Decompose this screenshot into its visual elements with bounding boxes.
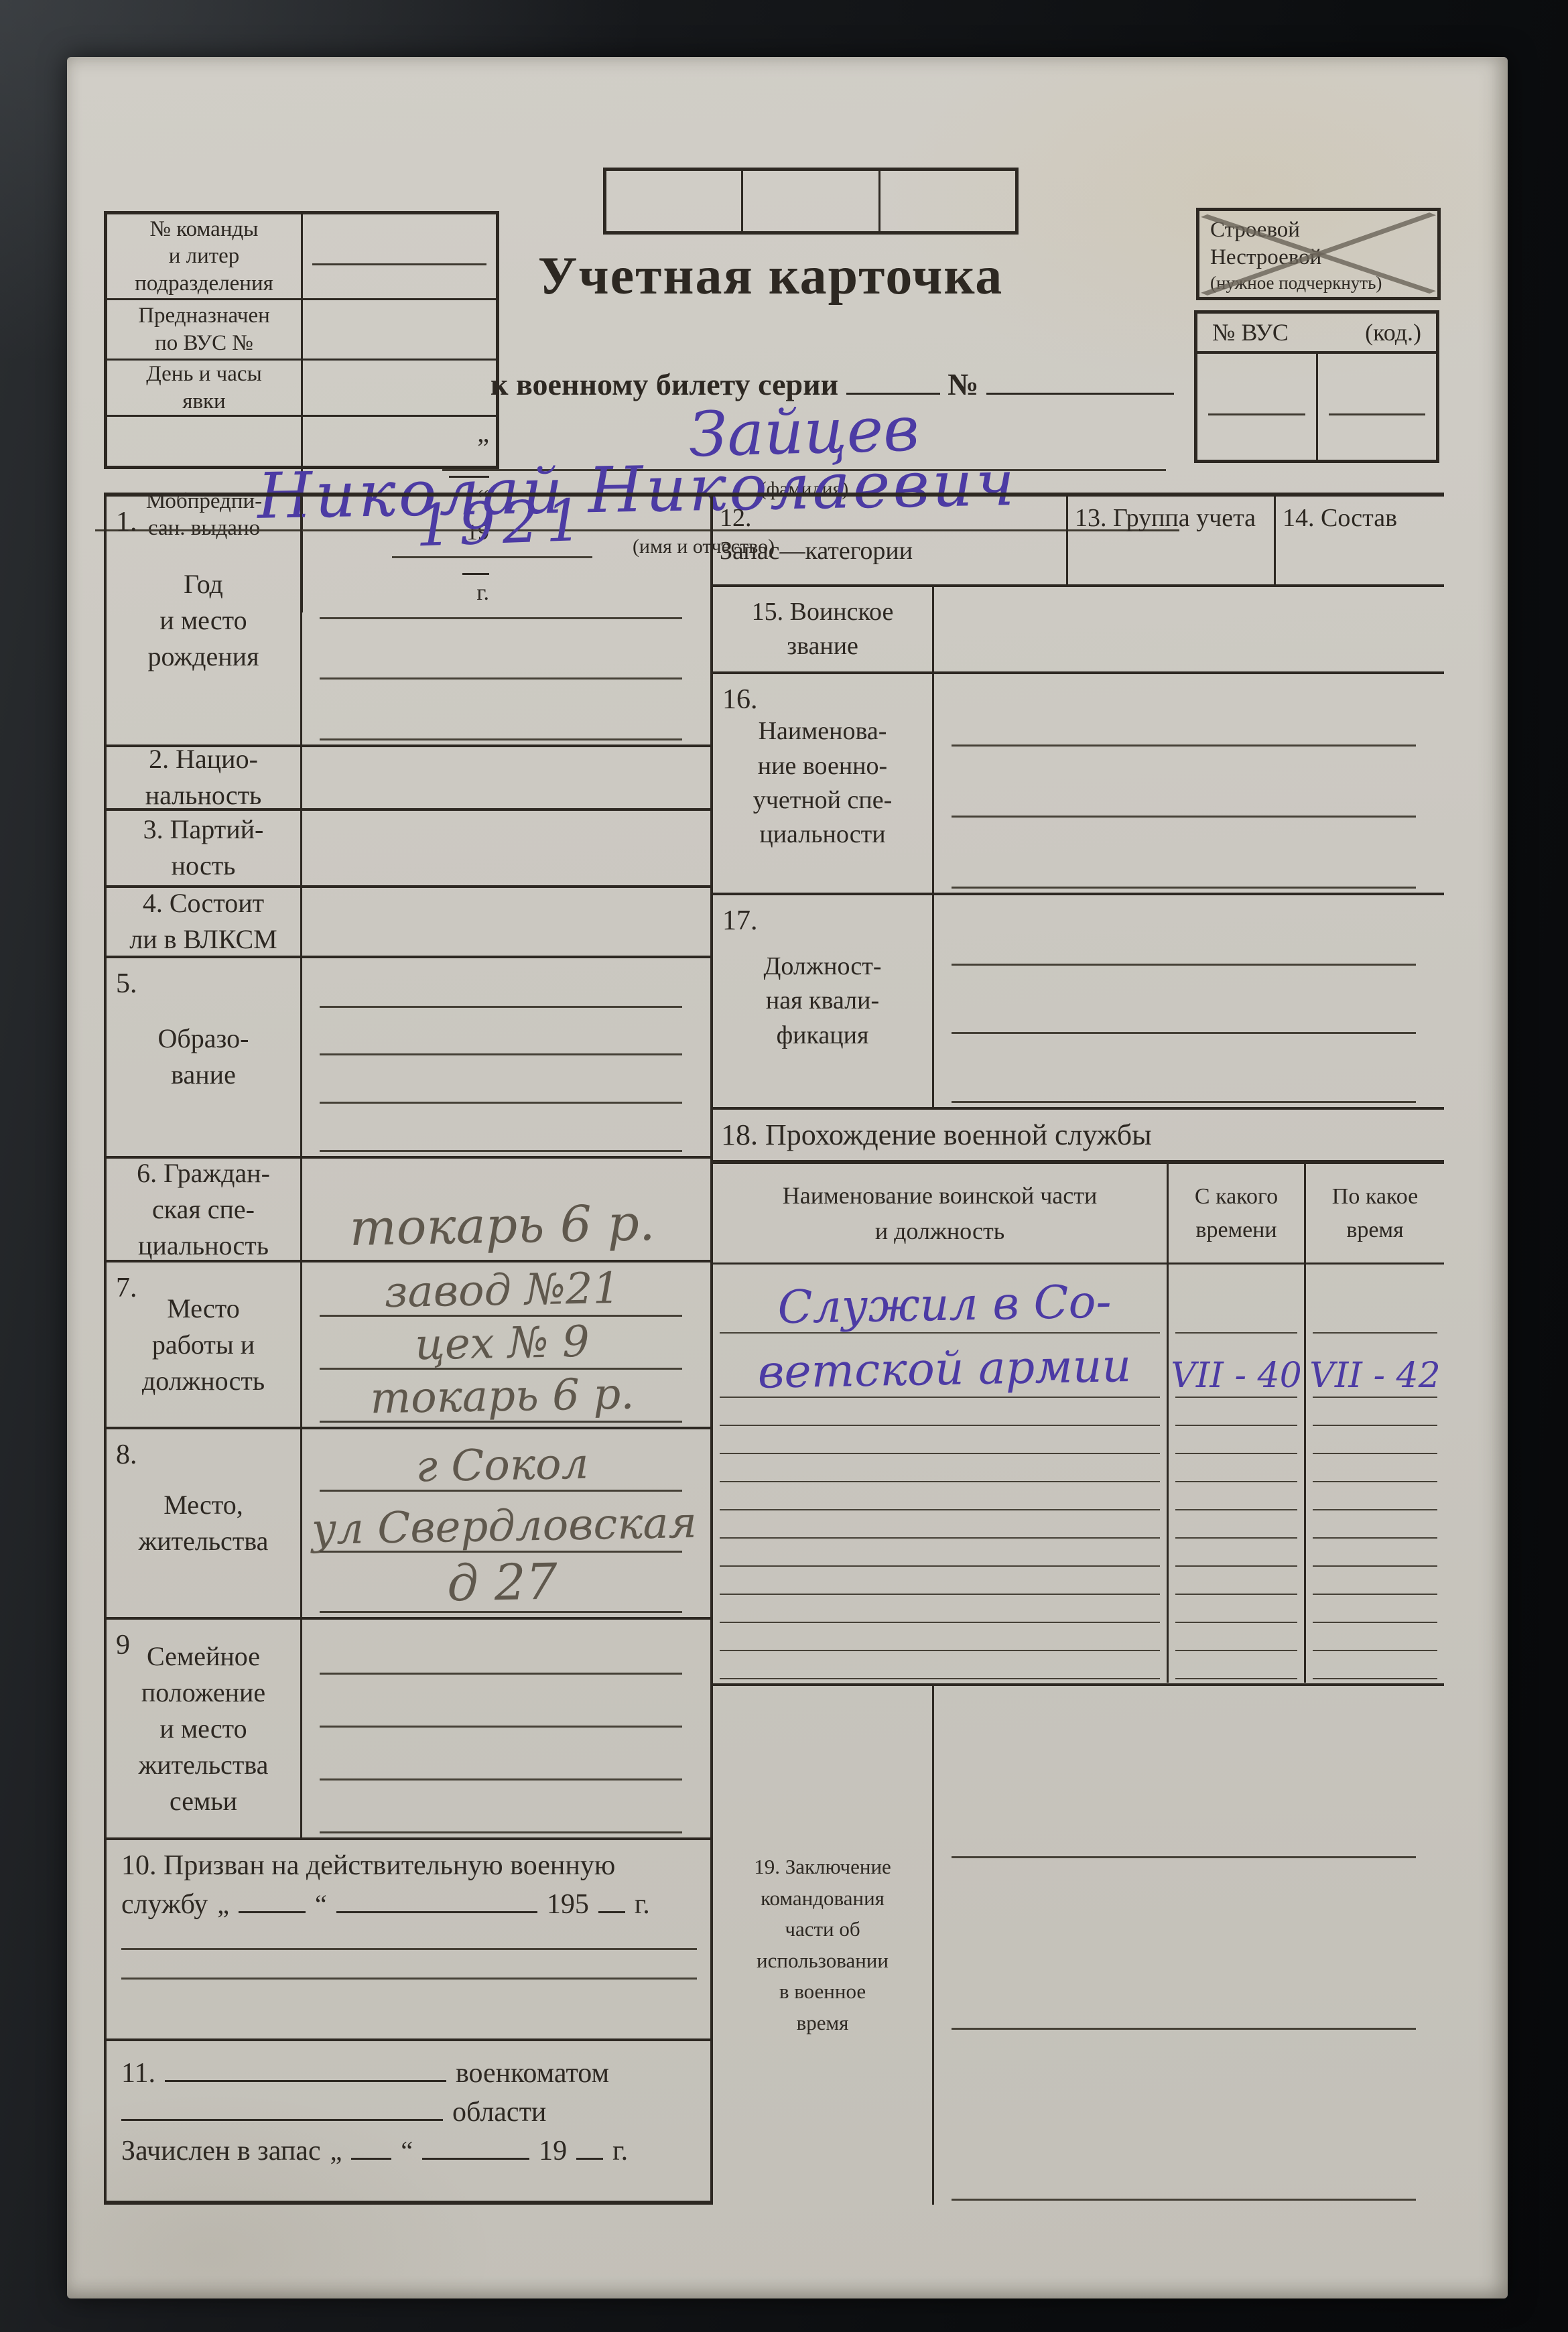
- section-number: 8.: [116, 1436, 137, 1474]
- section-11-commissariat: 11. военкоматом области Зачислен в запас…: [107, 2041, 710, 2205]
- table-cell: [713, 1401, 1169, 1429]
- service-table-empty-row: [713, 1429, 1444, 1457]
- section-value: [934, 895, 1444, 1107]
- left-column: 1. Год и место рождения 1921: [104, 493, 710, 2205]
- table-cell: [1306, 1486, 1444, 1514]
- section-13-group: 13. Группа учета: [1068, 497, 1276, 584]
- section-10-drafted: 10. Призван на действительную военную сл…: [107, 1840, 710, 2040]
- ruled-line: [312, 1011, 693, 1059]
- vus-cell: [1318, 354, 1437, 460]
- workshop-handwriting: цех № 9: [311, 1315, 693, 1372]
- vus-code-box: № ВУС (код.): [1194, 310, 1439, 463]
- table-cell: [1169, 1429, 1306, 1457]
- section-value: [934, 674, 1444, 893]
- label-line: рождения: [148, 639, 259, 675]
- position-handwriting: токарь 6 р.: [311, 1368, 693, 1425]
- ruled-line: [943, 899, 1427, 968]
- section-3-party: 3. Партий- ность: [107, 811, 710, 888]
- label-line: Предназначен: [138, 302, 270, 329]
- section-label: 4. Состоит ли в ВЛКСМ: [107, 888, 302, 956]
- ruled-line: [312, 1730, 693, 1783]
- table-cell: [1306, 1626, 1444, 1655]
- label-line: жительства: [139, 1523, 269, 1559]
- service-word: службу: [121, 1888, 208, 1921]
- ruled-line: [943, 2032, 1427, 2204]
- section-value: [934, 587, 1444, 671]
- table-cell: [1169, 1626, 1306, 1655]
- blank-row: [121, 1957, 697, 1980]
- label-line: и место: [159, 602, 247, 639]
- section-label: 1. Год и место рождения: [107, 497, 302, 744]
- label-line: 15. Воинское: [752, 595, 894, 629]
- ruled-line: [312, 561, 693, 621]
- section-label: 16. Наименова- ние военно- учетной спе- …: [713, 674, 934, 893]
- section-5-education: 5. Образо- вание: [107, 958, 710, 1159]
- header-line: По какое: [1332, 1180, 1418, 1213]
- table-cell: [1169, 1598, 1306, 1626]
- ruled-line: [312, 962, 693, 1011]
- ruled-line: [943, 749, 1427, 820]
- service-table: Наименование воинской части и должность …: [713, 1160, 1444, 1686]
- registration-card: № команды и литер подразделения Предназн…: [67, 57, 1508, 2298]
- table-cell: [713, 1486, 1169, 1514]
- vus-cell: [1197, 354, 1318, 460]
- drafted-date-row: службу „ “ 195 г.: [121, 1888, 697, 1921]
- table-cell: [1306, 1570, 1444, 1598]
- section-value: г Сокол ул Свердловская д 27: [302, 1429, 710, 1617]
- label-line: циальность: [138, 1228, 269, 1264]
- drafted-text: 10. Призван на действительную военную: [121, 1850, 697, 1882]
- column-header-unit: Наименование воинской части и должность: [713, 1164, 1169, 1262]
- label-line: жительства: [139, 1747, 269, 1783]
- vus-code-label: (код.): [1365, 318, 1421, 346]
- ruled-line: завод №21: [312, 1267, 693, 1319]
- table-cell: VII - 40: [1169, 1337, 1306, 1401]
- index-box: [603, 168, 1019, 235]
- section-label: 17. Должност- ная квали- фикация: [713, 895, 934, 1107]
- label-line: 19. Заключение: [754, 1852, 891, 1883]
- section-17-qualification: 17. Должност- ная квали- фикация: [713, 895, 1444, 1110]
- table-cell: [1169, 1655, 1306, 1683]
- label-line: циальности: [759, 818, 885, 852]
- reserve-row: Зачислен в запас „ “ 19 г.: [121, 2135, 697, 2167]
- birth-year-handwriting: 1921: [310, 484, 694, 564]
- table-cell: [1169, 1457, 1306, 1486]
- label-line: вание: [171, 1057, 236, 1093]
- label-line: 4. Состоит: [143, 885, 264, 921]
- label-line: Год: [184, 566, 223, 602]
- info-row-label: № команды и литер подразделения: [107, 214, 303, 298]
- table-cell: [1169, 1570, 1306, 1598]
- label-line: Должност-: [763, 950, 881, 984]
- ruled-line: [312, 622, 693, 682]
- service-to-date: VII - 42: [1306, 1356, 1444, 1396]
- service-table-empty-row: [713, 1542, 1444, 1570]
- table-cell: [713, 1655, 1169, 1683]
- table-cell: Служил в Со-: [713, 1265, 1169, 1337]
- label-line: ная квали-: [766, 984, 879, 1018]
- service-entry-row: ветской армии VII - 40 VII - 42: [713, 1337, 1444, 1401]
- section-value: завод №21 цех № 9 токарь 6 р.: [302, 1262, 710, 1427]
- table-cell: [1306, 1457, 1444, 1486]
- label-line: ли в ВЛКСМ: [129, 921, 277, 958]
- ruled-line: [943, 1861, 1427, 2032]
- label-line: Наименова-: [759, 714, 887, 749]
- service-table-empty-row: [713, 1655, 1444, 1683]
- service-handwriting-line1: Служил в Со-: [712, 1275, 1167, 1336]
- table-cell: [1169, 1486, 1306, 1514]
- section-number: 16.: [722, 681, 758, 719]
- blank-underline: [239, 1889, 306, 1913]
- quote-mark: “: [401, 2135, 413, 2166]
- label-line: нальность: [145, 777, 262, 814]
- section-value: [302, 958, 710, 1156]
- service-table-empty-row: [713, 1514, 1444, 1542]
- label-line: 6. Граждан-: [137, 1155, 270, 1191]
- label-line: командования: [761, 1883, 885, 1915]
- service-table-empty-row: [713, 1486, 1444, 1514]
- commissariat-row: 11. военкоматом: [121, 2057, 697, 2089]
- service-entry-row: Служил в Со-: [713, 1265, 1444, 1337]
- label-line: Место,: [164, 1487, 243, 1523]
- table-cell: [1306, 1429, 1444, 1457]
- ruled-line: [943, 678, 1427, 749]
- label-line: положение: [141, 1675, 265, 1711]
- ruled-line: г Сокол: [312, 1433, 693, 1494]
- table-cell: [713, 1542, 1169, 1570]
- section-1-birth: 1. Год и место рождения 1921: [107, 497, 710, 747]
- quote-mark: “: [315, 1888, 327, 1920]
- service-from-date: VII - 40: [1169, 1356, 1304, 1396]
- ruled-line: [121, 1927, 697, 1950]
- header-line: и должность: [875, 1214, 1004, 1248]
- ruled-line: [312, 1677, 693, 1730]
- section-number: 9: [116, 1626, 130, 1665]
- quote-mark: „: [217, 1888, 229, 1920]
- header-line: С какого: [1195, 1180, 1278, 1213]
- blank-underline: [598, 1889, 625, 1913]
- ruled-line: [312, 1624, 693, 1677]
- civil-specialty-handwriting: токарь 6 р.: [311, 1193, 693, 1258]
- table-cell: [1169, 1265, 1306, 1337]
- info-row-unit: № команды и литер подразделения: [107, 214, 496, 300]
- section-15-rank: 15. Воинское звание: [713, 587, 1444, 674]
- label-line: должность: [142, 1363, 265, 1399]
- section-value: [302, 747, 710, 808]
- table-cell: [713, 1570, 1169, 1598]
- index-cell: [880, 171, 1015, 231]
- section-label: 19. Заключение командования части об исп…: [713, 1686, 934, 2205]
- info-row-value: [303, 214, 496, 298]
- service-table-empty-row: [713, 1457, 1444, 1486]
- label-line: явки: [182, 388, 225, 415]
- label-line: ская спе-: [152, 1191, 255, 1228]
- table-cell: [1306, 1655, 1444, 1683]
- section-4-vlksm: 4. Состоит ли в ВЛКСМ: [107, 888, 710, 958]
- number-blank: [986, 371, 1174, 395]
- table-cell: ветской армии: [713, 1337, 1169, 1401]
- mobilization-info-box: № команды и литер подразделения Предназн…: [104, 211, 499, 469]
- table-cell: [713, 1457, 1169, 1486]
- label-line: Образо-: [158, 1021, 249, 1057]
- section-value: [302, 811, 710, 885]
- value-area: токарь 6 р.: [312, 1163, 693, 1258]
- section-value: [934, 1686, 1444, 2205]
- column-header-from: С какого времени: [1169, 1164, 1306, 1262]
- section-label: 8. Место, жительства: [107, 1429, 302, 1617]
- house-handwriting: д 27: [311, 1551, 693, 1615]
- header-line: время: [1346, 1214, 1403, 1246]
- section-value: токарь 6 р.: [302, 1159, 710, 1260]
- blank-underline: [422, 2136, 529, 2160]
- section-label: 15. Воинское звание: [713, 587, 934, 671]
- ruled-line: [943, 968, 1427, 1037]
- section-16-military-specialty: 16. Наименова- ние военно- учетной спе- …: [713, 674, 1444, 895]
- section-value: 1921: [302, 497, 710, 744]
- info-row-time: День и часы явки: [107, 361, 496, 417]
- section-label: 2. Нацио- нальность: [107, 747, 302, 808]
- section-value: [302, 888, 710, 956]
- table-cell: [1169, 1514, 1306, 1542]
- ruled-line: [943, 1037, 1427, 1106]
- year-suffix: г.: [612, 2135, 628, 2167]
- section-12-reserve: 12. Запас—категории: [713, 497, 1068, 584]
- info-row-value: [303, 300, 496, 359]
- section-9-family: 9 Семейное положение и место жительства …: [107, 1620, 710, 1840]
- table-cell: [1306, 1514, 1444, 1542]
- section-8-residence: 8. Место, жительства г Сокол ул Свердлов…: [107, 1429, 710, 1620]
- section-number: 17.: [722, 902, 758, 940]
- header-line: Наименование воинской части: [783, 1178, 1098, 1213]
- label-line: День и часы: [146, 361, 262, 387]
- workplace-handwriting: завод №21: [311, 1262, 693, 1319]
- label-line: подразделения: [135, 270, 273, 297]
- commissariat-word: военкоматом: [456, 2057, 609, 2089]
- label-line: использовании: [757, 1945, 889, 1977]
- ruled-line: [312, 1783, 693, 1836]
- section-2-nationality: 2. Нацио- нальность: [107, 747, 710, 811]
- label-line: время: [797, 2008, 849, 2039]
- year-prefix: 19: [539, 2135, 567, 2167]
- section-18-heading: 18. Прохождение военной службы: [713, 1110, 1444, 1160]
- oblast-word: области: [452, 2096, 546, 2128]
- quote-mark: „: [330, 2135, 342, 2166]
- section-number: 5.: [116, 965, 137, 1003]
- blank-underline: [351, 2136, 391, 2160]
- section-label: 3. Партий- ность: [107, 811, 302, 885]
- series-blank: [846, 371, 940, 395]
- label-line: и литер: [169, 243, 240, 269]
- table-cell: [713, 1626, 1169, 1655]
- index-cell: [606, 171, 743, 231]
- table-cell: [1306, 1598, 1444, 1626]
- oblast-row: области: [121, 2096, 697, 2128]
- year-suffix: г.: [635, 1888, 650, 1921]
- ruled-line: [312, 1106, 693, 1155]
- ruled-line: ул Свердловская: [312, 1494, 693, 1555]
- table-cell: [713, 1429, 1169, 1457]
- ruled-line: [943, 1690, 1427, 1862]
- photo-background: № команды и литер подразделения Предназн…: [0, 0, 1568, 2332]
- label-line: ность: [172, 848, 236, 884]
- table-cell: [1306, 1542, 1444, 1570]
- vus-label: № ВУС: [1212, 318, 1289, 346]
- section-19-conclusion: 19. Заключение командования части об исп…: [713, 1686, 1444, 2205]
- blank-underline: [165, 2058, 446, 2082]
- ruled-line: [121, 1957, 697, 1980]
- table-cell: [1169, 1401, 1306, 1429]
- page-title: Учетная карточка: [482, 246, 1059, 307]
- section-14-composition: 14. Состав: [1276, 497, 1444, 584]
- info-row-label: День и часы явки: [107, 361, 303, 415]
- ruled-line: токарь 6 р.: [312, 1372, 693, 1425]
- section-7-workplace: 7. Место работы и должность завод №21 це…: [107, 1262, 710, 1429]
- section-label: 7. Место работы и должность: [107, 1262, 302, 1427]
- section-number: 11.: [121, 2057, 155, 2089]
- section-label: 9 Семейное положение и место жительства …: [107, 1620, 302, 1837]
- service-handwriting-line2: ветской армии: [712, 1339, 1167, 1400]
- label-line: Семейное: [147, 1638, 260, 1675]
- section-number: 1.: [116, 503, 137, 541]
- ruled-line: цех № 9: [312, 1319, 693, 1372]
- label-line: части об: [785, 1914, 860, 1945]
- ruled-line: [312, 1058, 693, 1106]
- label-line: № команды: [150, 216, 259, 243]
- table-cell: [713, 1598, 1169, 1626]
- blank-underline: [336, 1889, 537, 1913]
- label-line: по ВУС №: [155, 330, 253, 357]
- label-line: Место: [167, 1291, 240, 1327]
- label-line: 12.: [720, 502, 1059, 535]
- table-cell: [713, 1514, 1169, 1542]
- service-table-empty-row: [713, 1598, 1444, 1626]
- label-line: звание: [787, 629, 858, 663]
- table-cell: [1306, 1401, 1444, 1429]
- service-table-empty-row: [713, 1401, 1444, 1429]
- ruled-line: [943, 820, 1427, 891]
- label-line: 2. Нацио-: [149, 741, 258, 777]
- label-line: в военное: [779, 1976, 866, 2008]
- table-cell: [1306, 1265, 1444, 1337]
- label-line: семьи: [170, 1783, 237, 1819]
- vus-body: [1197, 354, 1436, 460]
- category-box: Строевой Нестроевой (нужное подчеркнуть): [1196, 208, 1441, 300]
- service-table-header: Наименование воинской части и должность …: [713, 1164, 1444, 1265]
- blank-underline: [121, 2097, 443, 2121]
- vus-header: № ВУС (код.): [1197, 314, 1436, 354]
- table-cell: [1169, 1542, 1306, 1570]
- label-line: учетной спе-: [753, 783, 892, 818]
- right-column: 12. Запас—категории 13. Группа учета 14.…: [710, 493, 1444, 2205]
- label-line: фикация: [777, 1019, 869, 1053]
- reserve-text: Зачислен в запас: [121, 2135, 321, 2167]
- street-handwriting: ул Свердловская: [311, 1498, 693, 1555]
- header-line: времени: [1195, 1214, 1277, 1246]
- section-label: 5. Образо- вание: [107, 958, 302, 1156]
- label-line: ние военно-: [758, 749, 887, 783]
- form-body: 1. Год и место рождения 1921: [104, 493, 1444, 2205]
- label-line: работы и: [152, 1327, 255, 1363]
- pencil-cross-mark: [1197, 208, 1440, 300]
- info-row-vus: Предназначен по ВУС №: [107, 300, 496, 361]
- service-table-empty-row: [713, 1626, 1444, 1655]
- section-6-civil-specialty: 6. Граждан- ская спе- циальность токарь …: [107, 1159, 710, 1262]
- city-handwriting: г Сокол: [311, 1437, 693, 1494]
- table-cell: VII - 42: [1306, 1337, 1444, 1401]
- label-line: Запас—категории: [720, 535, 1059, 568]
- section-number: 7.: [116, 1269, 137, 1307]
- ruled-line: д 27: [312, 1555, 693, 1616]
- column-header-to: По какое время: [1306, 1164, 1444, 1262]
- label-line: и место: [159, 1711, 247, 1747]
- blank-underline: [576, 2136, 603, 2160]
- section-12-13-14: 12. Запас—категории 13. Группа учета 14.…: [713, 497, 1444, 587]
- section-label: 6. Граждан- ская спе- циальность: [107, 1159, 302, 1260]
- blank-row: [121, 1927, 697, 1950]
- label-line: 3. Партий-: [143, 812, 264, 848]
- index-cell: [743, 171, 880, 231]
- year-prefix: 195: [547, 1888, 589, 1921]
- service-table-empty-row: [713, 1570, 1444, 1598]
- ruled-line: 1921: [312, 501, 693, 561]
- section-value: [302, 1620, 710, 1837]
- ruled-line: [312, 682, 693, 742]
- info-row-label: Предназначен по ВУС №: [107, 300, 303, 359]
